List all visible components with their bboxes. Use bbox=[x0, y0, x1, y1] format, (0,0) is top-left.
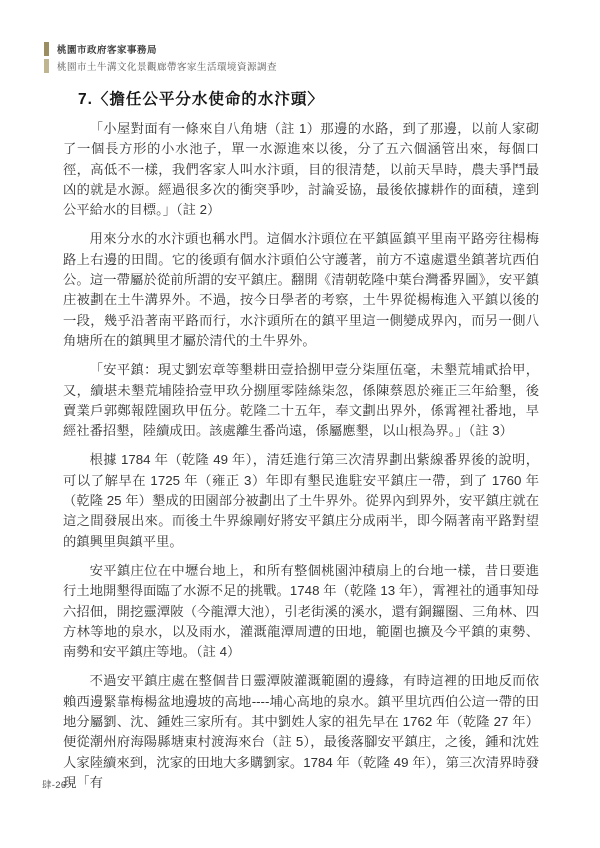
paragraph-quote-interview: 「小屋對面有一條來自八角塘（註 1）那邊的水路，到了那邊，以前人家砌了一個長方形… bbox=[63, 119, 539, 220]
paragraph-boundary-history: 根據 1784 年（乾隆 49 年），清廷進行第三次清界劃出紫線番界後的說明，可… bbox=[63, 450, 539, 551]
paragraph-quote-land-record: 「安平鎮：現丈劉宏章等墾耕田壹拾捌甲壹分柒厘伍毫，未墾荒埔貳拾甲，又，續堪未墾荒… bbox=[63, 360, 539, 441]
paragraph-location-description: 用來分水的水汴頭也稱水門。這個水汴頭位在平鎮區鎮平里南平路旁往楊梅路上右邊的田間… bbox=[63, 229, 539, 351]
header-department-name: 桃園市政府客家事務局 bbox=[57, 42, 157, 56]
document-page: 桃園市政府客家事務局 桃園市土牛溝文化景觀廊帶客家生活環境資源調查 7.〈擔任公… bbox=[0, 0, 600, 848]
document-header: 桃園市政府客家事務局 桃園市土牛溝文化景觀廊帶客家生活環境資源調查 bbox=[44, 42, 277, 76]
header-survey-title: 桃園市土牛溝文化景觀廊帶客家生活環境資源調查 bbox=[57, 59, 277, 73]
document-body: 「小屋對面有一條來自八角塘（註 1）那邊的水路，到了那邊，以前人家砌了一個長方形… bbox=[63, 119, 539, 793]
section-title: 7.〈擔任公平分水使命的水汴頭〉 bbox=[78, 87, 324, 109]
header-row-department: 桃園市政府客家事務局 bbox=[44, 42, 277, 56]
page-number: 肆-26 bbox=[42, 777, 66, 791]
header-row-subtitle: 桃園市土牛溝文化景觀廊帶客家生活環境資源調查 bbox=[44, 59, 277, 73]
header-accent-bar-secondary bbox=[44, 59, 49, 73]
paragraph-families-history: 不過安平鎮庄處在整個昔日靈潭陂灌溉範圍的邊緣，有時這裡的田地反而依賴西邊緊靠梅楊… bbox=[63, 671, 539, 793]
header-accent-bar-primary bbox=[44, 42, 49, 56]
paragraph-irrigation-history: 安平鎮庄位在中壢台地上，和所有整個桃園沖積扇上的台地一樣，昔日要進行土地開墾得面… bbox=[63, 561, 539, 662]
